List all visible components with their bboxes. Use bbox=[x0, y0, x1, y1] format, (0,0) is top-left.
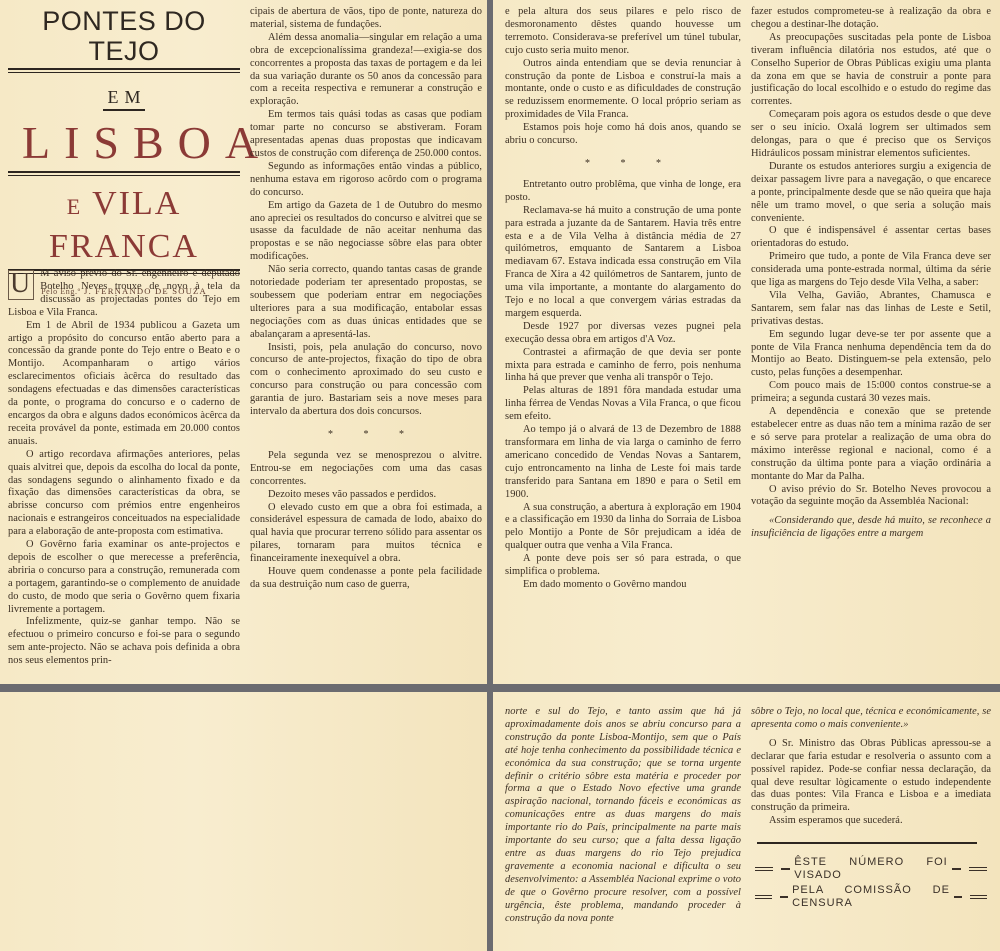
article-column-4: fazer estudos comprometeu-se à realizaçã… bbox=[751, 6, 991, 541]
paragraph: Começaram pois agora os estudos desde o … bbox=[751, 109, 991, 161]
paragraph: A ponte deve pois ser só para estrada, o… bbox=[505, 553, 741, 579]
paragraph: Assim esperamos que sucederá. bbox=[751, 815, 991, 828]
paragraph: Infelizmente, quiz-se ganhar tempo. Não … bbox=[8, 616, 240, 668]
article-column-1: UM aviso prévio do Sr. engenheiro e depu… bbox=[8, 268, 240, 668]
em-underline bbox=[103, 109, 145, 111]
paragraph: A sua construção, a abertura à exploraçã… bbox=[505, 502, 741, 554]
paragraph: O elevado custo em que a obra foi estima… bbox=[250, 502, 482, 567]
paragraph: Entretanto outro problêma, que vinha de … bbox=[505, 179, 741, 205]
decorative-dash bbox=[969, 867, 987, 871]
motion-quote-body: norte e sul do Tejo, e tanto assim que h… bbox=[505, 706, 741, 925]
paragraph: cipais de abertura de vãos, tipo de pont… bbox=[250, 6, 482, 32]
page-panel-top-right: e pela altura dos seus pilares e pelo ri… bbox=[493, 0, 1000, 684]
page-panel-bottom-left-blank bbox=[0, 692, 487, 951]
page-panel-top-left: PONTES DO TEJO EM LISBOA E VILA FRANCA P… bbox=[0, 0, 487, 684]
headline-rule bbox=[8, 171, 240, 176]
decorative-bar bbox=[954, 896, 962, 898]
paragraph: fazer estudos comprometeu-se à realizaçã… bbox=[751, 6, 991, 32]
censor-text-2: PELA COMISSÃO DE CENSURA bbox=[792, 884, 950, 910]
headline-vila-franca: E VILA FRANCA bbox=[8, 184, 240, 267]
paragraph: Além dessa anomalia—singular em relação … bbox=[250, 32, 482, 109]
censor-text-1: ÊSTE NÚMERO FOI VISADO bbox=[794, 856, 947, 882]
paragraph: e pela altura dos seus pilares e pelo ri… bbox=[505, 6, 741, 58]
paragraph: Ao tempo já o alvará de 13 de Dezembro d… bbox=[505, 424, 741, 501]
section-separator: * * * bbox=[505, 158, 741, 171]
paragraph: A dependência e conexão que se pretende … bbox=[751, 406, 991, 483]
paragraph: As preocupações suscitadas pela ponte de… bbox=[751, 32, 991, 109]
page-panel-bottom-right: norte e sul do Tejo, e tanto assim que h… bbox=[493, 692, 1000, 951]
paragraph: Houve quem condenasse a ponte pela facil… bbox=[250, 566, 482, 592]
decorative-dash bbox=[755, 895, 772, 899]
article-column-2: cipais de abertura de vãos, tipo de pont… bbox=[250, 6, 482, 592]
paragraph: Em termos tais quási todas as casas que … bbox=[250, 109, 482, 161]
paragraph: Primeiro que tudo, a ponte de Vila Franc… bbox=[751, 251, 991, 290]
paragraph: Insisti, pois, pela anulação do concurso… bbox=[250, 342, 482, 419]
paragraph: Desde 1927 por diversas vezes pugnei pel… bbox=[505, 321, 741, 347]
paragraph: Com pouco mais de 15:000 contos construe… bbox=[751, 380, 991, 406]
paragraph: O que é indispensável é assentar certas … bbox=[751, 225, 991, 251]
decorative-bar bbox=[952, 868, 961, 870]
paragraph: Em dado momento o Govêrno mandou bbox=[505, 579, 741, 592]
paragraph: UM aviso prévio do Sr. engenheiro e depu… bbox=[8, 268, 240, 320]
paragraph: Estamos pois hoje como há dois anos, qua… bbox=[505, 122, 741, 148]
paragraph: Outros ainda entendiam que se devia renu… bbox=[505, 58, 741, 123]
article-column-4-continued: sôbre o Tejo, no local que, técnica e ec… bbox=[751, 706, 991, 912]
censor-stamp-line-1: ÊSTE NÚMERO FOI VISADO bbox=[751, 856, 991, 882]
paragraph: Dezoito meses vão passados e perdidos. bbox=[250, 489, 482, 502]
drop-cap: U bbox=[8, 270, 34, 300]
decorative-bar bbox=[781, 868, 790, 870]
paragraph: Vila Velha, Gavião, Abrantes, Chamusca e… bbox=[751, 290, 991, 329]
paragraph: Pela segunda vez se menosprezou o alvitr… bbox=[250, 450, 482, 489]
paragraph: Reclamava-se há muito a construção de um… bbox=[505, 205, 741, 321]
headline-lisboa: LISBOA bbox=[8, 117, 240, 169]
censor-stamp-line-2: PELA COMISSÃO DE CENSURA bbox=[751, 884, 991, 910]
section-separator: * * * bbox=[250, 429, 482, 442]
headline-em: EM bbox=[8, 87, 240, 107]
paragraph: Em artigo da Gazeta de 1 de Outubro do m… bbox=[250, 200, 482, 265]
masthead: PONTES DO TEJO EM LISBOA E VILA FRANCA P… bbox=[8, 6, 240, 296]
decorative-dash bbox=[970, 895, 987, 899]
decorative-bar bbox=[780, 896, 788, 898]
paragraph: Durante os estudos anteriores surgiu a e… bbox=[751, 161, 991, 226]
paragraph: O Sr. Ministro das Obras Públicas apress… bbox=[751, 738, 991, 815]
motion-quote-start: «Considerando que, desde há muito, se re… bbox=[751, 515, 991, 541]
article-column-3-continued: norte e sul do Tejo, e tanto assim que h… bbox=[505, 706, 741, 925]
decorative-dash bbox=[755, 867, 773, 871]
article-column-3: e pela altura dos seus pilares e pelo ri… bbox=[505, 6, 741, 592]
headline-pontes-do-tejo: PONTES DO TEJO bbox=[8, 6, 240, 66]
paragraph: Pelas alturas de 1891 fôra mandada estud… bbox=[505, 385, 741, 424]
paragraph: O Govêrno faria examinar os ante-project… bbox=[8, 539, 240, 616]
headline-e: E bbox=[67, 194, 82, 219]
paragraph: Contrastei a afirmação de que devia ser … bbox=[505, 347, 741, 386]
headline-rule bbox=[8, 68, 240, 73]
paragraph: Em 1 de Abril de 1934 publicou a Gazeta … bbox=[8, 320, 240, 449]
paragraph: O aviso prévio do Sr. Botelho Neves prov… bbox=[751, 484, 991, 510]
paragraph: Em segundo lugar deve-se ter por assente… bbox=[751, 329, 991, 381]
motion-quote-end: sôbre o Tejo, no local que, técnica e ec… bbox=[751, 706, 991, 732]
paragraph: O artigo recordava afirmações anteriores… bbox=[8, 449, 240, 539]
paragraph-text: M aviso prévio do Sr. engenheiro e deput… bbox=[8, 268, 240, 318]
paragraph: Não seria correcto, quando tantas casas … bbox=[250, 264, 482, 341]
end-rule bbox=[757, 842, 977, 844]
paragraph: Segundo as informações então vindas a pú… bbox=[250, 161, 482, 200]
